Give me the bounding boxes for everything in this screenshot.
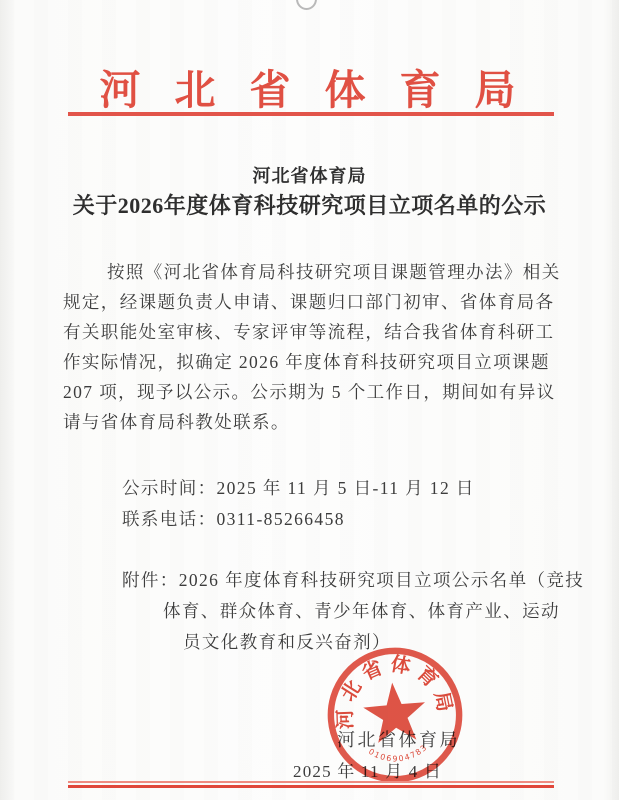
paragraph-line: 有关职能处室审核、专家评审等流程，结合我省体育科研工 bbox=[63, 317, 555, 347]
paragraph-line: 按照《河北省体育局科技研究项目课题管理办法》相关 bbox=[63, 257, 555, 287]
attachment-line: 体育、群众体育、青少年体育、体育产业、运动 bbox=[163, 598, 560, 623]
official-seal: 河北省体育局 0106904783 bbox=[315, 635, 475, 795]
notice-period-line: 公示时间：2025 年 11 月 5 日-11 月 12 日 bbox=[122, 475, 475, 500]
letterhead-divider-rule bbox=[68, 112, 554, 116]
attachment-line: 附件：2026 年度体育科技研究项目立项公示名单（竞技 bbox=[122, 567, 584, 592]
seal-code-text: 0106904783 bbox=[366, 742, 430, 766]
seal-star-icon bbox=[361, 680, 428, 744]
body-paragraph: 按照《河北省体育局科技研究项目课题管理办法》相关 规定，经课题负责人申请、课题归… bbox=[63, 257, 555, 437]
paragraph-line: 207 项，现予以公示。公示期为 5 个工作日，期间如有异议 bbox=[63, 377, 555, 407]
binder-hole-icon bbox=[296, 0, 317, 10]
footer-rule-thick bbox=[68, 785, 554, 788]
paragraph-line: 作实际情况，拟确定 2026 年度体育科技研究项目立项课题 bbox=[63, 347, 555, 377]
paragraph-line: 规定，经课题负责人申请、课题归口部门初审、省体育局各 bbox=[63, 287, 555, 317]
document-title-line1: 河北省体育局 bbox=[0, 162, 619, 188]
footer-rule-thin bbox=[68, 781, 554, 783]
document-title-line2: 关于2026年度体育科技研究项目立项名单的公示 bbox=[0, 189, 619, 220]
svg-text:0106904783: 0106904783 bbox=[366, 742, 430, 766]
paragraph-line: 请与省体育局科教处联系。 bbox=[63, 407, 555, 437]
contact-phone-line: 联系电话：0311-85266458 bbox=[122, 506, 345, 531]
letterhead-agency-name: 河北省体育局 bbox=[0, 68, 619, 112]
document-page: 河北省体育局 河北省体育局 关于2026年度体育科技研究项目立项名单的公示 按照… bbox=[0, 0, 619, 800]
